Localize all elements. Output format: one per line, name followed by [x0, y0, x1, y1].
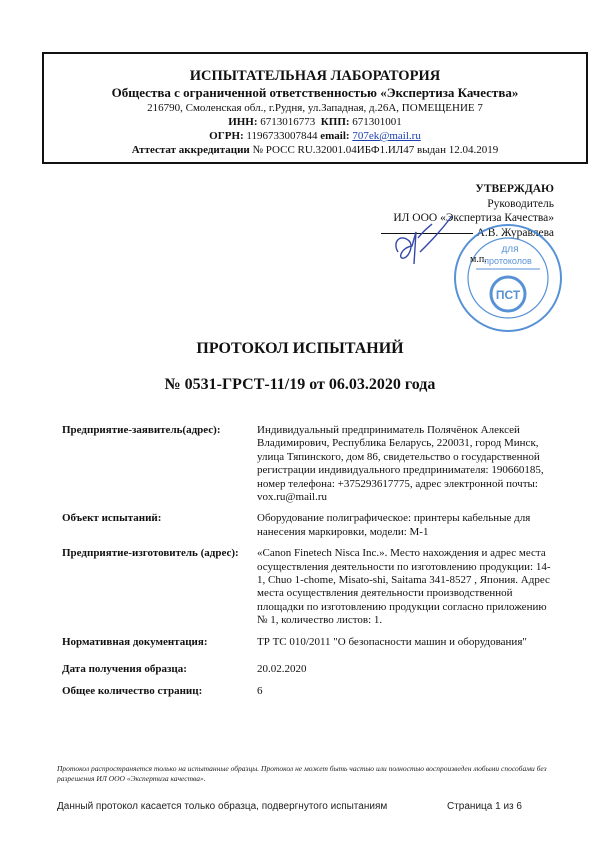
- footer-note: Данный протокол касается только образца,…: [57, 801, 387, 812]
- field-value: Индивидуальный предприниматель Полячёнок…: [257, 424, 557, 504]
- field-value: Оборудование полиграфическое: принтеры к…: [257, 512, 557, 539]
- field-label: Предприятие-изготовитель (адрес):: [62, 547, 257, 627]
- field-value: 6: [257, 685, 557, 698]
- field-manufacturer: Предприятие-изготовитель (адрес): «Canon…: [62, 547, 572, 627]
- lab-address: 216790, Смоленская обл., г.Рудня, ул.Зап…: [44, 101, 586, 115]
- email-link[interactable]: 707ek@mail.ru: [352, 130, 420, 142]
- email-label: email:: [320, 130, 349, 142]
- inn-value: 6713016773: [260, 116, 315, 128]
- kpp-label: КПП:: [321, 116, 350, 128]
- stamp-icon: для протоколов ПСТ: [452, 222, 564, 334]
- inn-label: ИНН:: [228, 116, 257, 128]
- field-sample-date: Дата получения образца: 20.02.2020: [62, 663, 572, 676]
- accreditation-label: Аттестат аккредитации: [132, 144, 250, 156]
- signature-icon: [390, 212, 460, 272]
- disclaimer: Протокол распространяется только на испы…: [57, 764, 557, 784]
- seal-note: м.п.: [470, 254, 487, 265]
- field-normative-docs: Нормативная документация: ТР ТС 010/2011…: [62, 636, 572, 649]
- lab-title: ИСПЫТАТЕЛЬНАЯ ЛАБОРАТОРИЯ: [44, 68, 586, 85]
- field-label: Объект испытаний:: [62, 512, 257, 539]
- kpp-value: 671301001: [352, 116, 402, 128]
- approval-title: УТВЕРЖДАЮ: [381, 182, 554, 197]
- field-value: ТР ТС 010/2011 "О безопасности машин и о…: [257, 636, 557, 649]
- document-number: № 0531-ГРСТ-11/19 от 06.03.2020 года: [0, 376, 600, 394]
- stamp-text-bottom: протоколов: [484, 256, 532, 266]
- field-label: Общее количество страниц:: [62, 685, 257, 698]
- document-title: ПРОТОКОЛ ИСПЫТАНИЙ: [0, 340, 600, 358]
- page-footer: Данный протокол касается только образца,…: [57, 801, 557, 812]
- field-label: Дата получения образца:: [62, 663, 257, 676]
- stamp-logo: ПСТ: [496, 288, 521, 302]
- protocol-fields: Предприятие-заявитель(адрес): Индивидуал…: [62, 424, 572, 706]
- field-applicant: Предприятие-заявитель(адрес): Индивидуал…: [62, 424, 572, 504]
- laboratory-header: ИСПЫТАТЕЛЬНАЯ ЛАБОРАТОРИЯ Общества с огр…: [42, 52, 588, 164]
- lab-inn-kpp: ИНН: 6713016773 КПП: 671301001: [44, 115, 586, 129]
- lab-accreditation: Аттестат аккредитации № РОСС RU.32001.04…: [44, 143, 586, 157]
- ogrn-value: 1196733007844: [246, 130, 317, 142]
- lab-ogrn-email: ОГРН: 1196733007844 email: 707ek@mail.ru: [44, 129, 586, 143]
- page-number: Страница 1 из 6: [447, 801, 522, 812]
- field-page-count: Общее количество страниц: 6: [62, 685, 572, 698]
- field-value: 20.02.2020: [257, 663, 557, 676]
- lab-organization: Общества с ограниченной ответственностью…: [44, 85, 586, 101]
- approval-position: Руководитель: [381, 197, 554, 212]
- field-test-object: Объект испытаний: Оборудование полиграфи…: [62, 512, 572, 539]
- field-label: Предприятие-заявитель(адрес):: [62, 424, 257, 504]
- accreditation-value: № РОСС RU.32001.04ИБФ1.ИЛ47 выдан 12.04.…: [253, 144, 499, 156]
- field-value: «Canon Finetech Nisca Inc.». Место нахож…: [257, 547, 557, 627]
- field-label: Нормативная документация:: [62, 636, 257, 649]
- ogrn-label: ОГРН:: [209, 130, 244, 142]
- stamp-text-top: для: [501, 244, 518, 255]
